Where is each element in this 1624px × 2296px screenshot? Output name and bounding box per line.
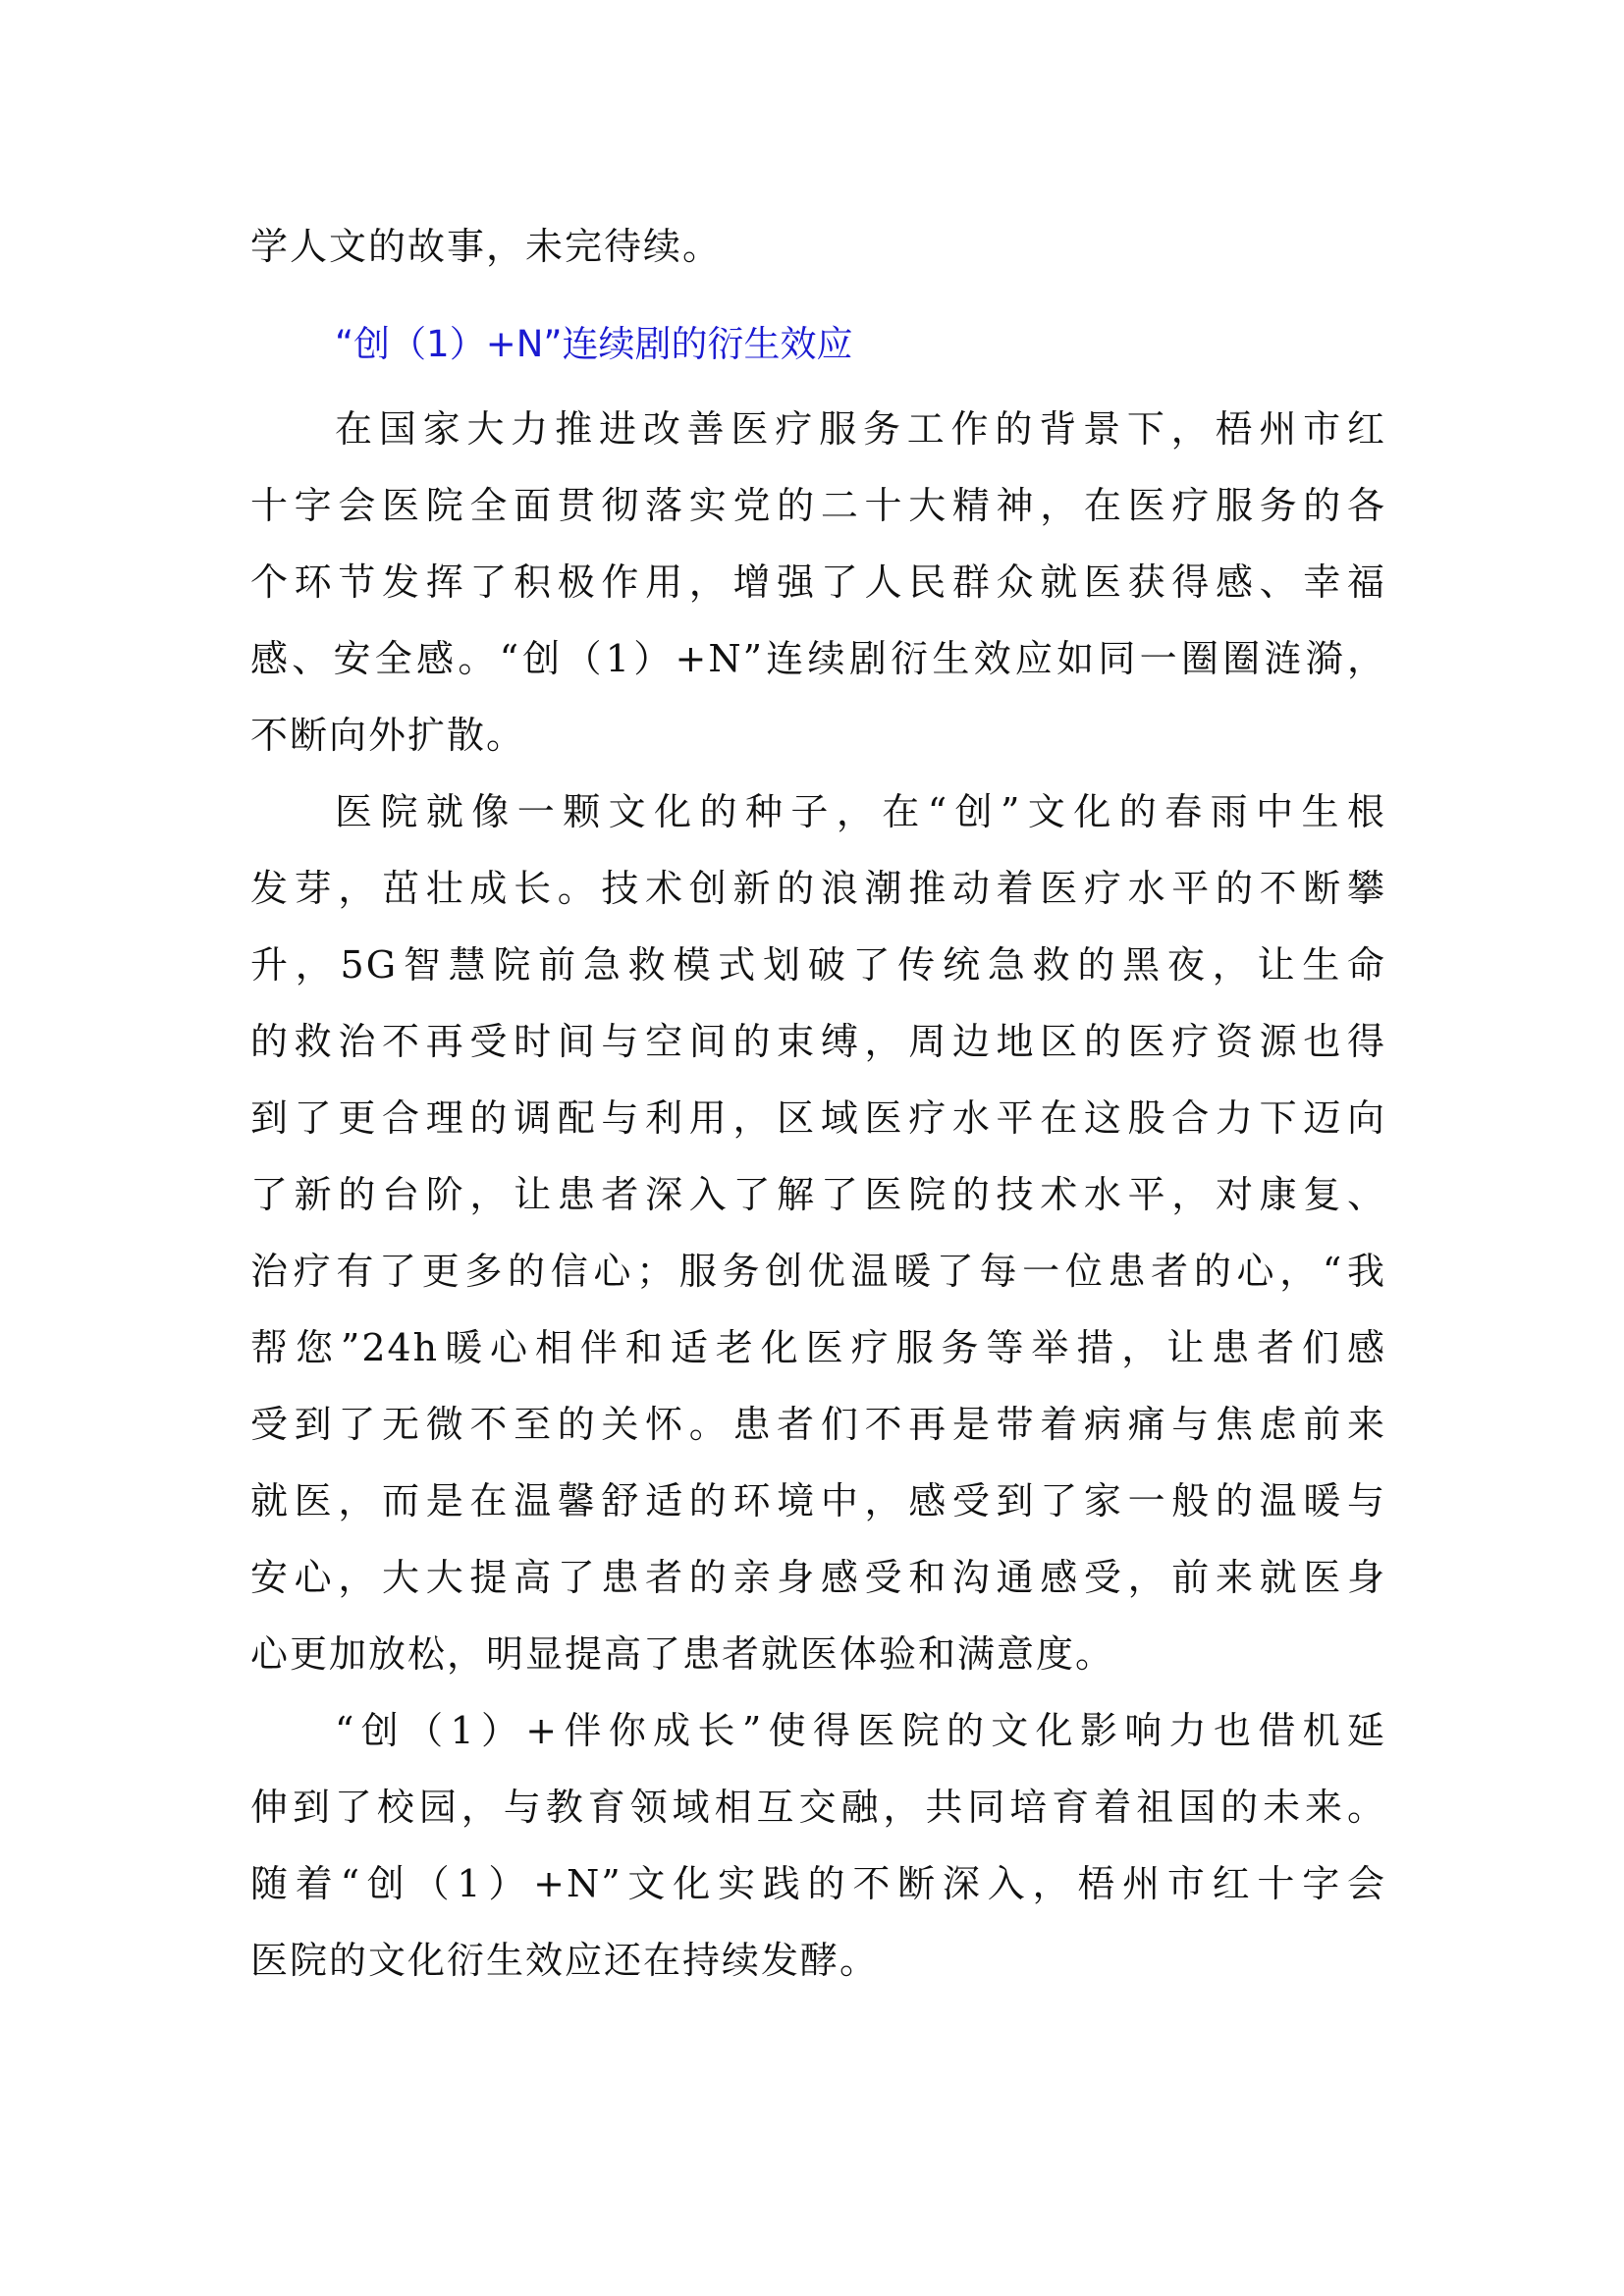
- paragraph-line: 伸到了校园，与教育领域相互交融，共同培育着祖国的未来。: [250, 1769, 1386, 1845]
- paragraph-line: 十字会医院全面贯彻落实党的二十大精神，在医疗服务的各: [250, 467, 1386, 544]
- paragraph-line: 到了更合理的调配与利用，区域医疗水平在这股合力下迈向: [250, 1080, 1386, 1156]
- paragraph-line: 发芽，茁壮成长。技术创新的浪潮推动着医疗水平的不断攀: [250, 850, 1386, 927]
- paragraph-line: “创（1）+伴你成长”使得医院的文化影响力也借机延: [250, 1692, 1386, 1769]
- paragraph-line: 帮您”24h暖心相伴和适老化医疗服务等举措，让患者们感: [250, 1309, 1386, 1386]
- paragraph-line: 不断向外扩散。: [250, 697, 1386, 774]
- paragraph-line: 感、安全感。“创（1）+N”连续剧衍生效应如同一圈圈涟漪，: [250, 620, 1386, 697]
- paragraph-line: 安心，大大提高了患者的亲身感受和沟通感受，前来就医身: [250, 1539, 1386, 1616]
- paragraph-line: 升，5G智慧院前急救模式划破了传统急救的黑夜，让生命: [250, 927, 1386, 1003]
- paragraph-line: 了新的台阶，让患者深入了解了医院的技术水平，对康复、: [250, 1156, 1386, 1233]
- paragraph-line: 医院就像一颗文化的种子，在“创”文化的春雨中生根: [250, 774, 1386, 850]
- section-heading: “创（1）+N”连续剧的衍生效应: [250, 306, 1386, 383]
- paragraph-line: 医院的文化衍生效应还在持续发酵。: [250, 1922, 1386, 1999]
- document-page: 学人文的故事，未完待续。 “创（1）+N”连续剧的衍生效应 在国家大力推进改善医…: [250, 208, 1386, 1999]
- paragraph-line: 就医，而是在温馨舒适的环境中，感受到了家一般的温暖与: [250, 1463, 1386, 1539]
- paragraph-line: 心更加放松，明显提高了患者就医体验和满意度。: [250, 1616, 1386, 1692]
- paragraph-line: 个环节发挥了积极作用，增强了人民群众就医获得感、幸福: [250, 544, 1386, 620]
- paragraph-3: “创（1）+伴你成长”使得医院的文化影响力也借机延 伸到了校园，与教育领域相互交…: [250, 1692, 1386, 1999]
- paragraph-line: 治疗有了更多的信心；服务创优温暖了每一位患者的心，“我: [250, 1233, 1386, 1309]
- paragraph-line: 在国家大力推进改善医疗服务工作的背景下，梧州市红: [250, 391, 1386, 467]
- paragraph-line: 的救治不再受时间与空间的束缚，周边地区的医疗资源也得: [250, 1003, 1386, 1080]
- paragraph-line: 受到了无微不至的关怀。患者们不再是带着病痛与焦虑前来: [250, 1386, 1386, 1463]
- paragraph-1: 在国家大力推进改善医疗服务工作的背景下，梧州市红 十字会医院全面贯彻落实党的二十…: [250, 391, 1386, 774]
- paragraph-2: 医院就像一颗文化的种子，在“创”文化的春雨中生根 发芽，茁壮成长。技术创新的浪潮…: [250, 774, 1386, 1692]
- continuation-line: 学人文的故事，未完待续。: [250, 208, 1386, 285]
- paragraph-line: 随着“创（1）+N”文化实践的不断深入，梧州市红十字会: [250, 1845, 1386, 1922]
